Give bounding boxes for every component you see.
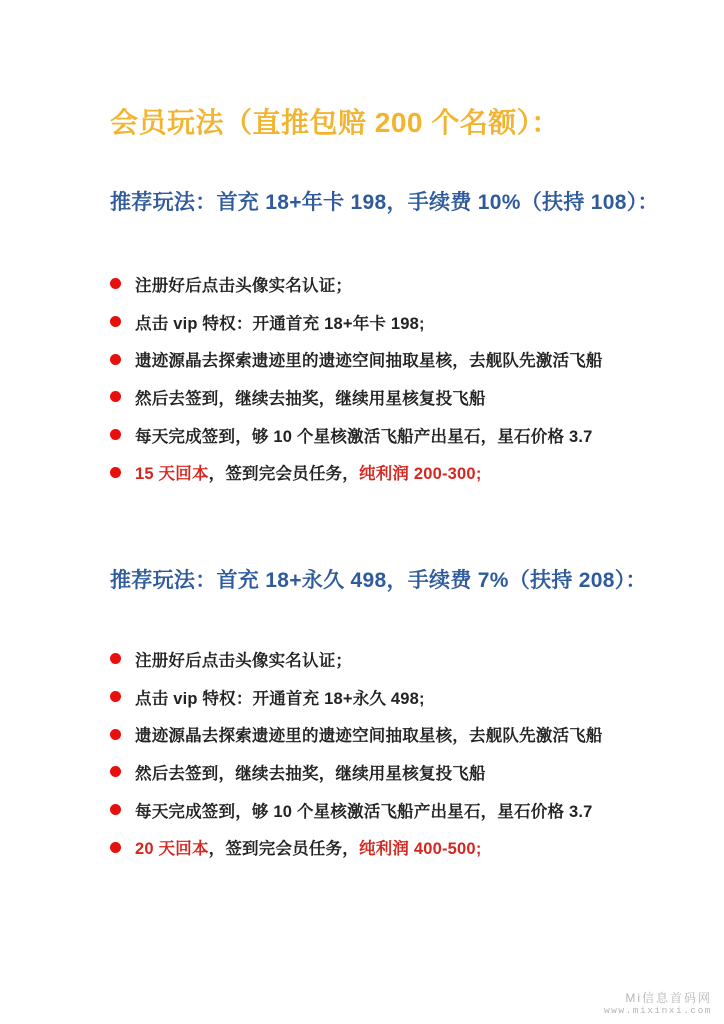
list-item: 点击 vip 特权：开通首充 18+年卡 198; — [110, 303, 603, 341]
list-item-text: 遗迹源晶去探索遗迹里的遗迹空间抽取星核，去舰队先激活飞船 — [135, 347, 603, 371]
bullet-icon — [110, 354, 121, 365]
list-item-text: 点击 vip 特权：开通首充 18+年卡 198; — [135, 310, 425, 334]
bullet-icon — [110, 766, 121, 777]
bullet-icon — [110, 691, 121, 702]
watermark-url: www.mixinxi.com — [604, 1006, 712, 1017]
list-item: 点击 vip 特权：开通首充 18+永久 498; — [110, 678, 603, 716]
bullet-icon — [110, 804, 121, 815]
list-item-text: 每天完成签到，够 10 个星核激活飞船产出星石，星石价格 3.7 — [135, 798, 592, 822]
list-item: 然后去签到，继续去抽奖，继续用星核复投飞船 — [110, 753, 603, 791]
list-item-text: 每天完成签到，够 10 个星核激活飞船产出星石，星石价格 3.7 — [135, 423, 592, 447]
list-item: 每天完成签到，够 10 个星核激活飞船产出星石，星石价格 3.7 — [110, 416, 603, 454]
section-1-heading: 推荐玩法：首充 18+年卡 198，手续费 10%（扶持 108）： — [110, 188, 659, 218]
bullet-icon — [110, 653, 121, 664]
list-item: 20 天回本，签到完会员任务，纯利润 400-500; — [110, 828, 603, 866]
list-item-text: 然后去签到，继续去抽奖，继续用星核复投飞船 — [135, 760, 486, 784]
watermark: Mi信息首码网 www.mixinxi.com — [604, 992, 712, 1017]
section-2-list: 注册好后点击头像实名认证； 点击 vip 特权：开通首充 18+永久 498; … — [110, 640, 603, 866]
list-item-text: 注册好后点击头像实名认证； — [135, 272, 352, 296]
list-item: 遗迹源晶去探索遗迹里的遗迹空间抽取星核，去舰队先激活飞船 — [110, 340, 603, 378]
bullet-icon — [110, 391, 121, 402]
page-title: 会员玩法（直推包赔 200 个名额）： — [110, 104, 560, 142]
list-item-text: 遗迹源晶去探索遗迹里的遗迹空间抽取星核，去舰队先激活飞船 — [135, 722, 603, 746]
bullet-icon — [110, 729, 121, 740]
list-item: 注册好后点击头像实名认证； — [110, 640, 603, 678]
bullet-icon — [110, 429, 121, 440]
list-item-text: 20 天回本，签到完会员任务，纯利润 400-500; — [135, 835, 482, 859]
list-item: 遗迹源晶去探索遗迹里的遗迹空间抽取星核，去舰队先激活飞船 — [110, 715, 603, 753]
bullet-icon — [110, 842, 121, 853]
watermark-site-name: Mi信息首码网 — [604, 992, 712, 1006]
bullet-icon — [110, 316, 121, 327]
list-item: 15 天回本，签到完会员任务，纯利润 200-300; — [110, 453, 603, 491]
document-page: 会员玩法（直推包赔 200 个名额）： 推荐玩法：首充 18+年卡 198，手续… — [0, 0, 724, 1024]
list-item-text: 注册好后点击头像实名认证； — [135, 647, 352, 671]
list-item-text: 点击 vip 特权：开通首充 18+永久 498; — [135, 685, 425, 709]
bullet-icon — [110, 467, 121, 478]
list-item-text: 然后去签到，继续去抽奖，继续用星核复投飞船 — [135, 385, 486, 409]
list-item: 每天完成签到，够 10 个星核激活飞船产出星石，星石价格 3.7 — [110, 791, 603, 829]
list-item: 注册好后点击头像实名认证； — [110, 265, 603, 303]
section-1-list: 注册好后点击头像实名认证； 点击 vip 特权：开通首充 18+年卡 198; … — [110, 265, 603, 491]
list-item-text: 15 天回本，签到完会员任务，纯利润 200-300; — [135, 460, 482, 484]
section-2-heading: 推荐玩法：首充 18+永久 498，手续费 7%（扶持 208）： — [110, 566, 647, 596]
list-item: 然后去签到，继续去抽奖，继续用星核复投飞船 — [110, 378, 603, 416]
bullet-icon — [110, 278, 121, 289]
